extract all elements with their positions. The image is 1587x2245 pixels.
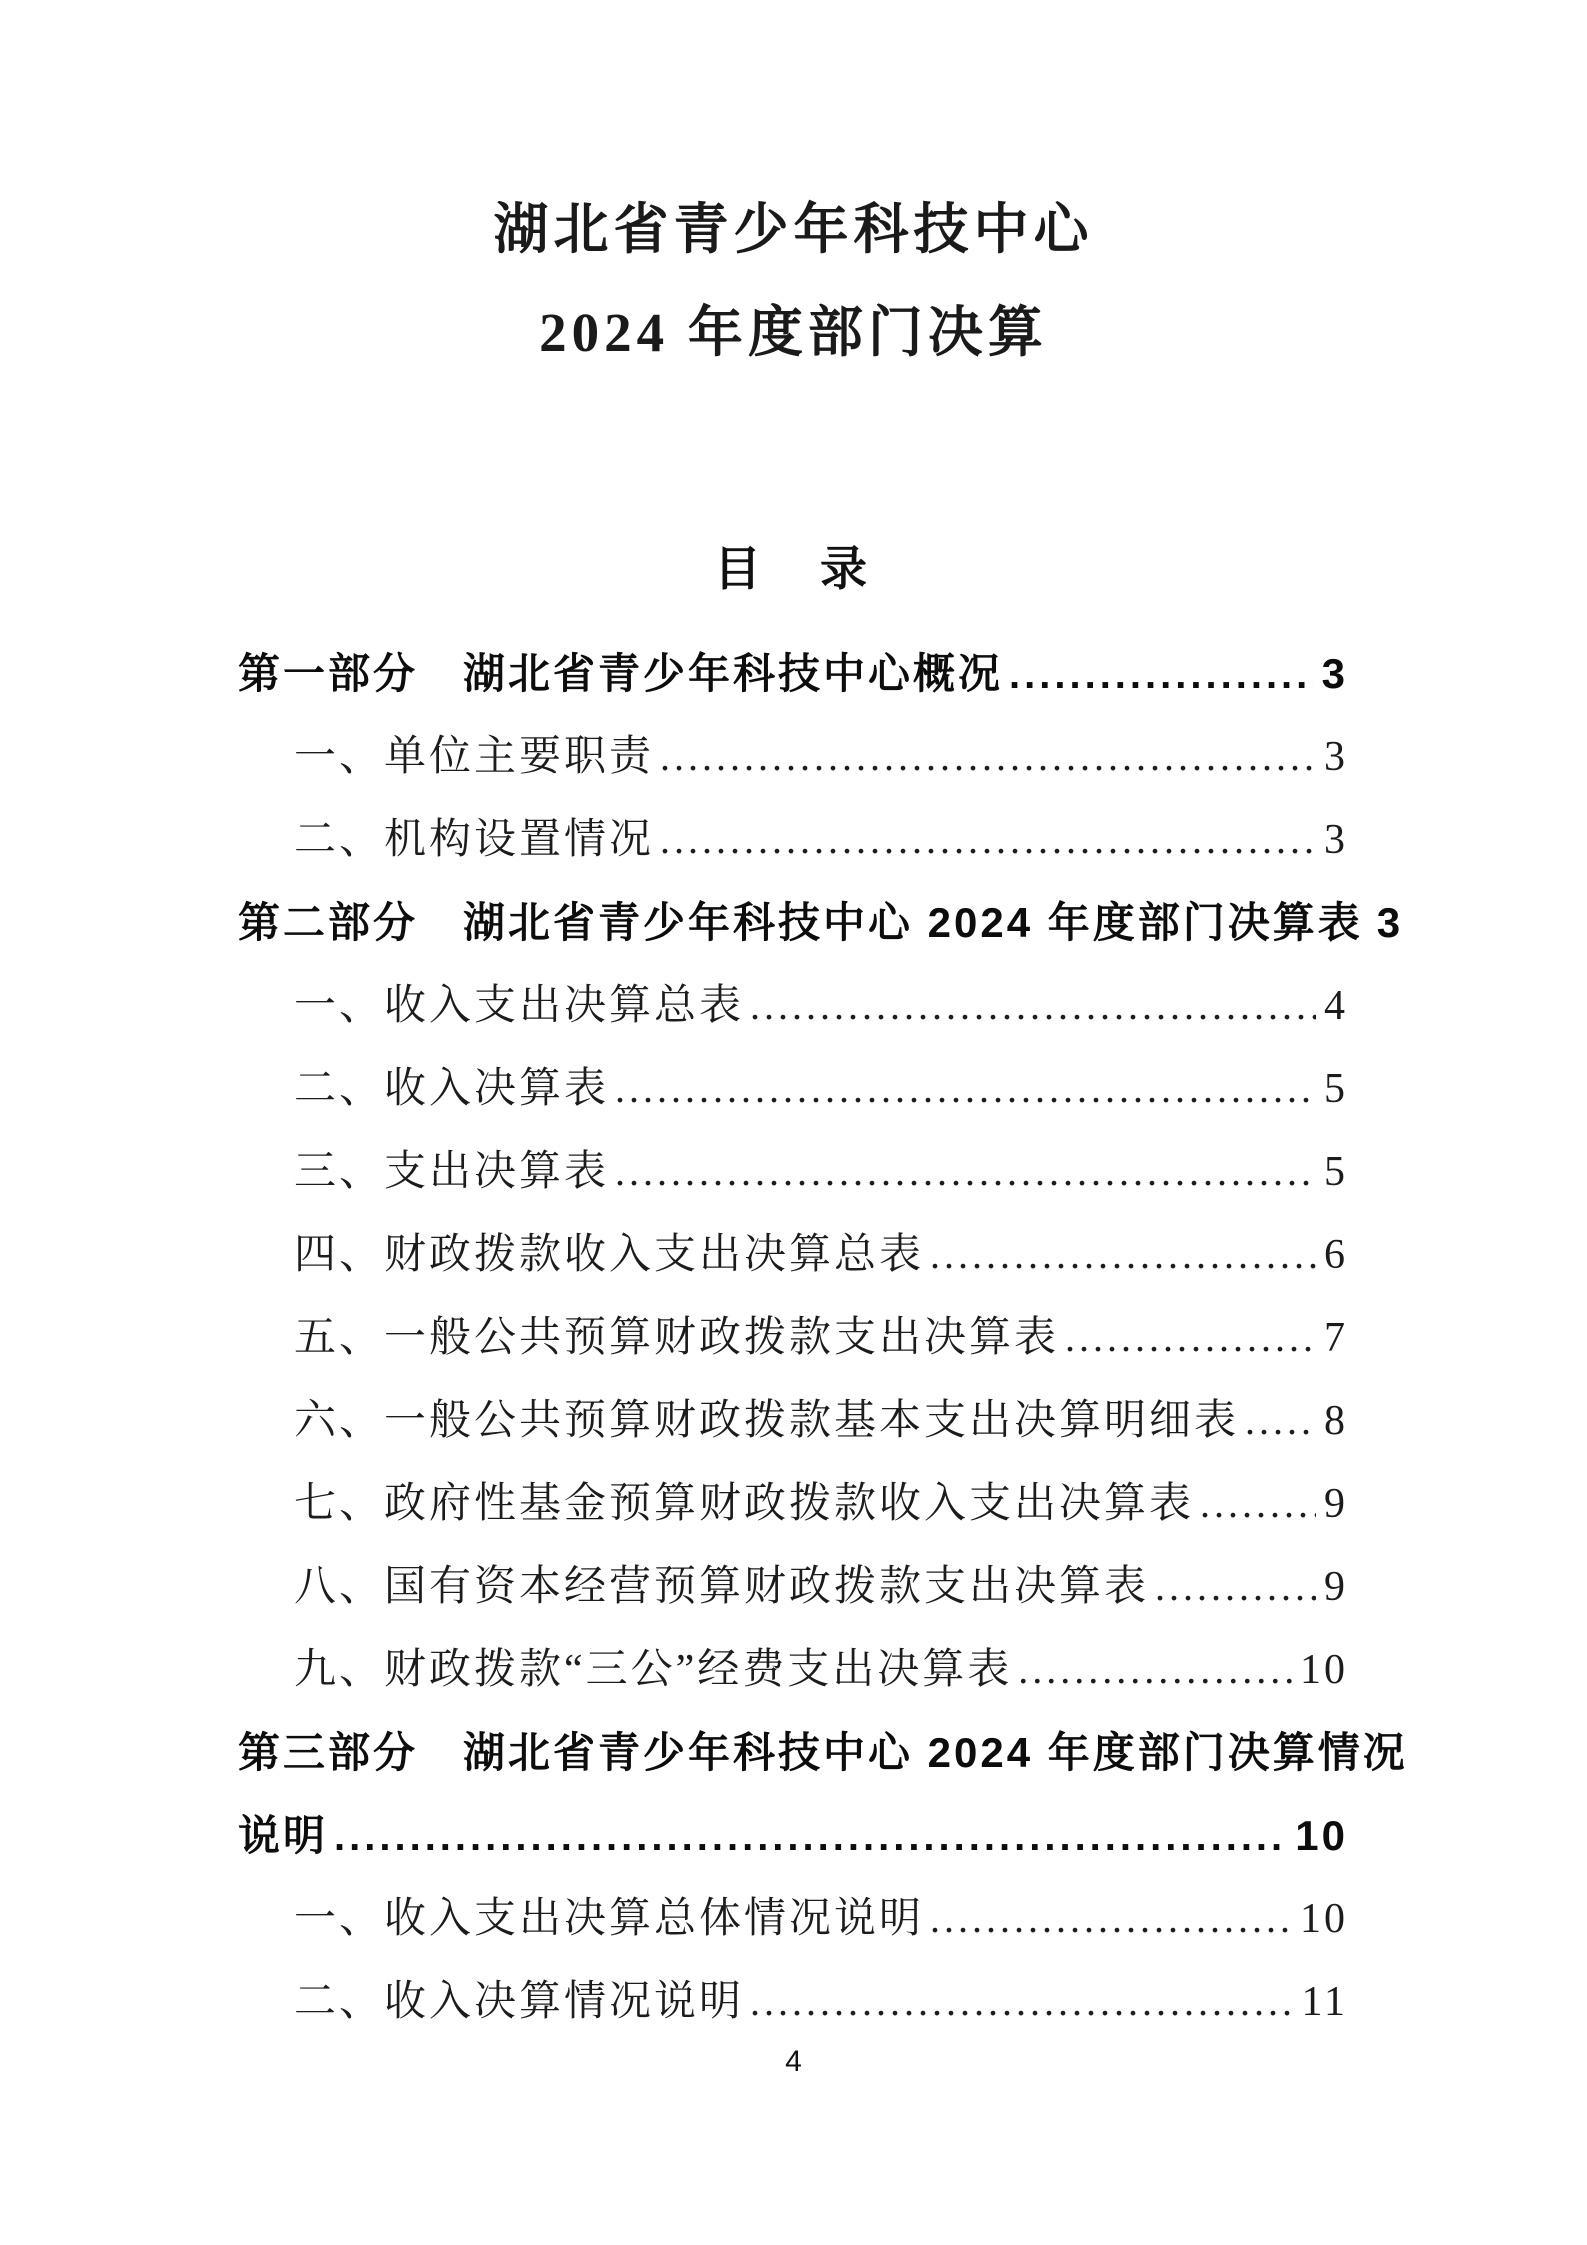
toc-entry: 九、财政拨款“三公”经费支出决算表 ......................… <box>238 1628 1348 1711</box>
toc-dot-leader: ........................................… <box>930 1877 1292 1960</box>
toc-entry-label: 一、单位主要职责 <box>294 716 654 799</box>
toc-page-number: 4 <box>1324 965 1348 1048</box>
toc-page-number: 10 <box>1300 1629 1348 1712</box>
toc-heading: 目 录 <box>0 538 1587 602</box>
toc-page-number: 8 <box>1324 1380 1348 1463</box>
toc-entry: 二、收入决算表 ................................… <box>238 1047 1348 1130</box>
toc-dot-leader: ........................................… <box>1018 1628 1292 1711</box>
toc-entry-label: 五、一般公共预算财政拨款支出决算表 <box>294 1297 1059 1380</box>
toc-dot-leader: ........................................… <box>930 1213 1316 1296</box>
toc-page-number: 3 <box>1324 799 1348 882</box>
toc-entry-label: 第三部分 湖北省青少年科技中心 2024 年度部门决算情况 <box>238 1711 1408 1794</box>
toc-entry: 七、政府性基金预算财政拨款收入支出决算表 ...................… <box>238 1462 1348 1545</box>
toc-entry-label: 七、政府性基金预算财政拨款收入支出决算表 <box>294 1463 1194 1546</box>
toc-entry: 一、单位主要职责 ...............................… <box>238 715 1348 798</box>
toc-dot-leader: ........................................… <box>334 1796 1287 1879</box>
toc-page-number: 5 <box>1324 1131 1348 1214</box>
toc-entry-label: 二、机构设置情况 <box>294 799 654 882</box>
toc-page-number: 7 <box>1324 1297 1348 1380</box>
toc-dot-leader: ........................................… <box>1155 1545 1316 1628</box>
toc-entry-label: 二、收入决算表 <box>294 1048 609 1131</box>
toc-page-number: 11 <box>1302 1961 1348 2044</box>
toc-dot-leader: ........................................… <box>660 715 1316 798</box>
toc-list: 第一部分 湖北省青少年科技中心概况 ......................… <box>238 632 1348 2043</box>
toc-entry: 五、一般公共预算财政拨款支出决算表 ......................… <box>238 1296 1348 1379</box>
toc-entry: 一、收入支出决算总体情况说明 .........................… <box>238 1877 1348 1960</box>
toc-page-number: 10 <box>1300 1878 1348 1961</box>
toc-entry: 六、一般公共预算财政拨款基本支出决算明细表 ..................… <box>238 1379 1348 1462</box>
toc-page-number: 3 <box>1324 716 1348 799</box>
toc-entry-label: 三、支出决算表 <box>294 1131 609 1214</box>
toc-entry-label: 一、收入支出决算总表 <box>294 965 744 1048</box>
toc-entry: 二、收入决算情况说明 .............................… <box>238 1960 1348 2043</box>
toc-entry: 第一部分 湖北省青少年科技中心概况 ......................… <box>238 632 1348 715</box>
toc-entry-label: 第二部分 湖北省青少年科技中心 2024 年度部门决算表 <box>238 881 1363 964</box>
toc-entry-label: 九、财政拨款“三公”经费支出决算表 <box>294 1629 1012 1712</box>
toc-page-number: 5 <box>1324 1048 1348 1131</box>
toc-entry: 二、机构设置情况 ...............................… <box>238 798 1348 881</box>
toc-entry-label: 一、收入支出决算总体情况说明 <box>294 1878 924 1961</box>
document-title-line2: 2024 年度部门决算 <box>0 299 1587 367</box>
toc-entry: 三、支出决算表 ................................… <box>238 1130 1348 1213</box>
toc-entry: 八、国有资本经营预算财政拨款支出决算表 ....................… <box>238 1545 1348 1628</box>
toc-entry-label: 四、财政拨款收入支出决算总表 <box>294 1214 924 1297</box>
toc-page-number: 6 <box>1324 1214 1348 1297</box>
toc-entry-label: 二、收入决算情况说明 <box>294 1961 744 2044</box>
toc-entry-label: 六、一般公共预算财政拨款基本支出决算明细表 <box>294 1380 1239 1463</box>
document-page: 湖北省青少年科技中心 2024 年度部门决算 目 录 第一部分 湖北省青少年科技… <box>0 0 1587 2245</box>
toc-entry: 四、财政拨款收入支出决算总表 .........................… <box>238 1213 1348 1296</box>
toc-page-number: 9 <box>1324 1463 1348 1546</box>
toc-dot-leader: ........................................… <box>1065 1296 1316 1379</box>
toc-entry: 第二部分 湖北省青少年科技中心 2024 年度部门决算表 ...........… <box>238 881 1348 964</box>
toc-page-number: 9 <box>1324 1546 1348 1629</box>
toc-dot-leader: ........................................… <box>615 1047 1316 1130</box>
toc-dot-leader: ........................................… <box>1200 1462 1316 1545</box>
toc-entry-label: 第一部分 湖北省青少年科技中心概况 <box>238 632 1003 715</box>
toc-dot-leader: ........................................… <box>660 798 1316 881</box>
document-title-line1: 湖北省青少年科技中心 <box>0 196 1587 264</box>
toc-entry: 说明 .....................................… <box>238 1794 1348 1877</box>
toc-dot-leader: ........................................… <box>615 1130 1316 1213</box>
toc-entry: 第三部分 湖北省青少年科技中心 2024 年度部门决算情况 ..........… <box>238 1711 1348 1794</box>
toc-dot-leader: ........................................… <box>750 964 1316 1047</box>
toc-page-number: 3 <box>1322 632 1348 715</box>
page-number-footer: 4 <box>0 2044 1587 2080</box>
toc-dot-leader: ........................................… <box>1009 634 1314 717</box>
toc-entry-label: 说明 <box>238 1794 328 1877</box>
toc-entry: 一、收入支出决算总表 .............................… <box>238 964 1348 1047</box>
toc-page-number: 10 <box>1295 1794 1348 1877</box>
toc-dot-leader: ........................................… <box>1245 1379 1316 1462</box>
toc-entry-label: 八、国有资本经营预算财政拨款支出决算表 <box>294 1546 1149 1629</box>
toc-page-number: 3 <box>1377 881 1403 964</box>
toc-dot-leader: ........................................… <box>750 1960 1294 2043</box>
